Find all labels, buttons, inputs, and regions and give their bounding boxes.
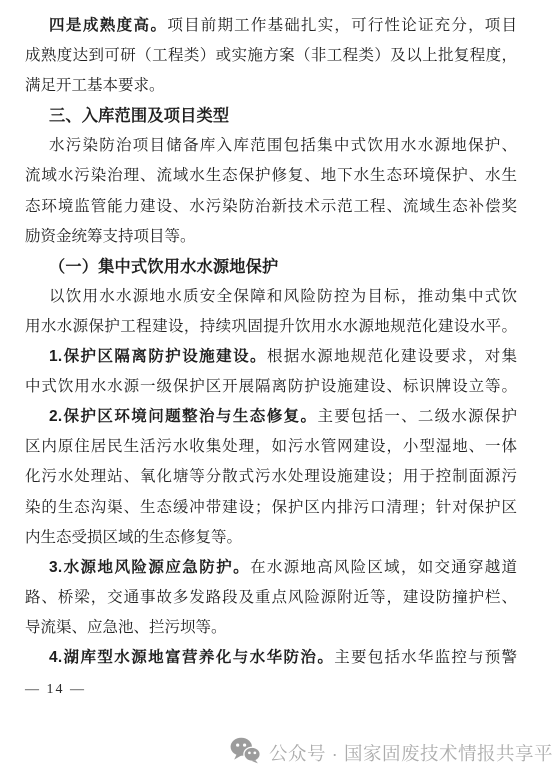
line-text: 区内原住居民生活污水收集处理，如污水管网建设，小型湿地、一体 — [25, 438, 517, 455]
line-lead-bold: （一）集中式饮用水水源地保护 — [49, 258, 278, 276]
line-text: 满足开工基本要求。 — [25, 77, 165, 94]
document-line: 路、桥梁，交通事故多发路段及重点风险源附近等，建设防撞护栏、 — [25, 583, 517, 613]
line-text: 内生态受损区域的生态修复等。 — [25, 529, 242, 546]
line-text: 化污水处理站、氧化塘等分散式污水处理设施建设；用于控制面源污 — [25, 468, 517, 485]
document-line: 内生态受损区域的生态修复等。 — [25, 523, 517, 553]
document-page: 四是成熟度高。项目前期工作基础扎实，可行性论证充分，项目成熟度达到可研（工程类）… — [0, 0, 553, 781]
line-lead-bold: 1.保护区隔离防护设施建设。 — [49, 348, 267, 365]
line-text: 项目前期工作基础扎实，可行性论证充分，项目 — [167, 17, 517, 34]
document-line: 染的生态沟渠、生态缓冲带建设；保护区内排污口清理；针对保护区 — [25, 493, 517, 523]
document-line: 成熟度达到可研（工程类）或实施方案（非工程类）及以上批复程度， — [25, 41, 517, 71]
document-line: 区内原住居民生活污水收集处理，如污水管网建设，小型湿地、一体 — [25, 432, 517, 462]
document-heading-line: （一）集中式饮用水水源地保护 — [25, 252, 517, 282]
line-text: 中式饮用水水源一级保护区开展隔离防护设施建设、标识牌设立等。 — [25, 378, 517, 395]
line-text: 励资金统筹支持项目等。 — [25, 228, 196, 245]
document-line: 导流渠、应急池、拦污坝等。 — [25, 613, 517, 643]
document-line: 化污水处理站、氧化塘等分散式污水处理设施建设；用于控制面源污 — [25, 462, 517, 492]
line-lead-bold: 四是成熟度高。 — [49, 17, 167, 34]
line-lead-bold: 三、入库范围及项目类型 — [49, 107, 229, 125]
line-text: 在水源地高风险区域，如交通穿越道 — [250, 559, 517, 576]
document-line: 用水水源保护工程建设，持续巩固提升饮用水水源地规范化建设水平。 — [25, 312, 517, 342]
line-text: 用水水源保护工程建设，持续巩固提升饮用水水源地规范化建设水平。 — [25, 318, 517, 335]
line-lead-bold: 3.水源地风险源应急防护。 — [49, 559, 250, 576]
line-lead-bold: 2.保护区环境问题整治与生态修复。 — [49, 408, 317, 425]
line-text: 路、桥梁，交通事故多发路段及重点风险源附近等，建设防撞护栏、 — [25, 589, 517, 606]
document-line: 以饮用水水源地水质安全保障和风险防控为目标，推动集中式饮 — [25, 282, 517, 312]
watermark: 公众号 · 国家固废技术情报共享平台 — [230, 737, 553, 769]
page-number: — 14 — — [25, 682, 86, 698]
document-line: 2.保护区环境问题整治与生态修复。主要包括一、二级水源保护 — [25, 402, 517, 432]
document-line: 态环境监管能力建设、水污染防治新技术示范工程、流域生态补偿奖 — [25, 192, 517, 222]
document-line: 4.湖库型水源地富营养化与水华防治。主要包括水华监控与预警 — [25, 643, 517, 673]
document-line: 四是成熟度高。项目前期工作基础扎实，可行性论证充分，项目 — [25, 11, 517, 41]
watermark-text: 公众号 · 国家固废技术情报共享平台 — [269, 740, 553, 766]
document-body: 四是成熟度高。项目前期工作基础扎实，可行性论证充分，项目成熟度达到可研（工程类）… — [25, 11, 517, 673]
document-line: 3.水源地风险源应急防护。在水源地高风险区域，如交通穿越道 — [25, 553, 517, 583]
line-text: 根据水源地规范化建设要求，对集 — [267, 348, 517, 365]
wechat-icon — [230, 737, 260, 769]
document-line: 流域水污染治理、流域水生态保护修复、地下水生态环境保护、水生 — [25, 161, 517, 191]
line-text: 流域水污染治理、流域水生态保护修复、地下水生态环境保护、水生 — [25, 167, 517, 184]
line-lead-bold: 4.湖库型水源地富营养化与水华防治。 — [49, 649, 334, 666]
line-text: 染的生态沟渠、生态缓冲带建设；保护区内排污口清理；针对保护区 — [25, 499, 517, 516]
document-line: 励资金统筹支持项目等。 — [25, 222, 517, 252]
line-text: 以饮用水水源地水质安全保障和风险防控为目标，推动集中式饮 — [49, 288, 517, 305]
document-heading-line: 三、入库范围及项目类型 — [25, 101, 517, 131]
document-line: 1.保护区隔离防护设施建设。根据水源地规范化建设要求，对集 — [25, 342, 517, 372]
line-text: 导流渠、应急池、拦污坝等。 — [25, 619, 227, 636]
document-line: 水污染防治项目储备库入库范围包括集中式饮用水水源地保护、 — [25, 131, 517, 161]
line-text: 态环境监管能力建设、水污染防治新技术示范工程、流域生态补偿奖 — [25, 198, 517, 215]
line-text: 主要包括水华监控与预警 — [334, 649, 517, 666]
line-text: 水污染防治项目储备库入库范围包括集中式饮用水水源地保护、 — [49, 137, 517, 154]
document-line: 满足开工基本要求。 — [25, 71, 517, 101]
document-line: 中式饮用水水源一级保护区开展隔离防护设施建设、标识牌设立等。 — [25, 372, 517, 402]
line-text: 主要包括一、二级水源保护 — [317, 408, 517, 425]
line-text: 成熟度达到可研（工程类）或实施方案（非工程类）及以上批复程度， — [25, 47, 517, 64]
